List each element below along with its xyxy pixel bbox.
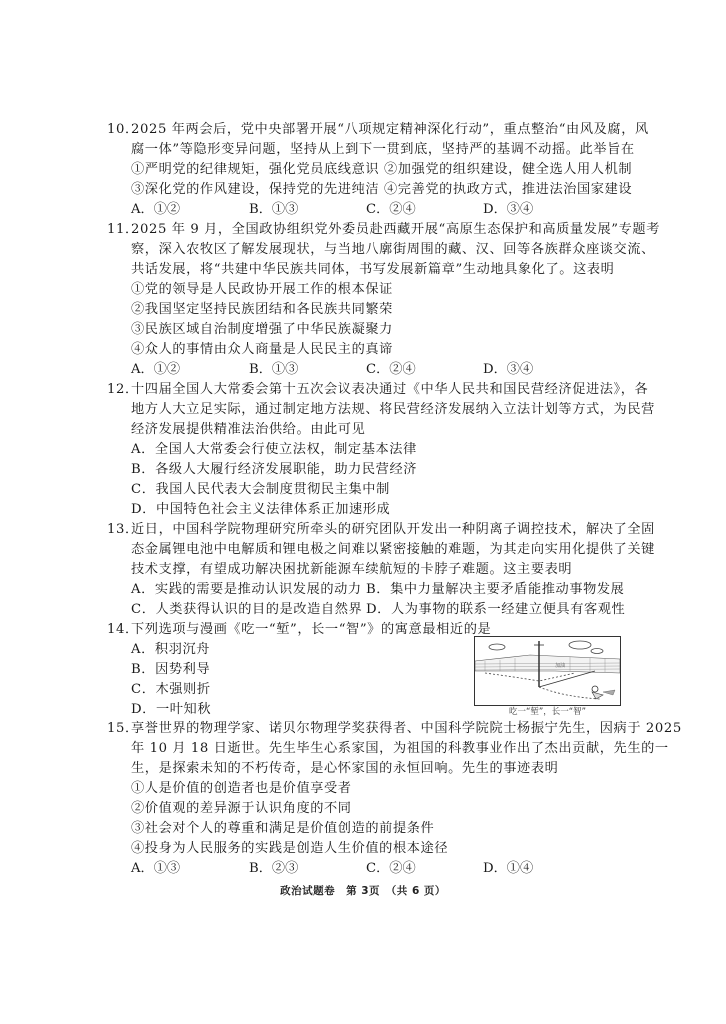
statement-3: ③民族区域自治制度增强了中华民族凝聚力 — [131, 321, 393, 339]
exam-page: 10． 2025 年两会后，党中央部署开展“八项规定精神深化行动”，重点整治“由… — [0, 0, 726, 1024]
option-b: B．集中力量解决主要矛盾能推动事物发展 — [366, 581, 624, 599]
cartoon-illustration-icon: 加油 — [475, 637, 620, 705]
statement-4: ④完善党的执政方式，推进法治国家建设 — [384, 181, 632, 199]
option-b: B．①③ — [249, 361, 298, 379]
question-stem-line: 态金属锂电池中电解质和锂电极之间难以紧密接触的难题，为其走向实用化提供了关键 — [131, 541, 655, 559]
option-a: A．积羽沉舟 — [131, 641, 210, 659]
svg-text:加油: 加油 — [555, 662, 565, 669]
option-a: A．全国人大常委会行使立法权，制定基本法律 — [131, 441, 417, 459]
option-b: B．因势利导 — [131, 661, 210, 679]
question-stem-line: 2025 年两会后，党中央部署开展“八项规定精神深化行动”，重点整治“由风及腐，… — [131, 121, 649, 139]
option-c: C．②④ — [366, 201, 416, 219]
option-b: B．各级人大履行经济发展职能，助力民营经济 — [131, 461, 417, 479]
statement-1: ①党的领导是人民政协开展工作的根本保证 — [131, 281, 393, 299]
option-c: C．②④ — [366, 860, 416, 878]
statement-4: ④众人的事情由众人商量是人民民主的真谛 — [131, 341, 393, 359]
question-stem-line: 十四届全国人大常委会第十五次会议表决通过《中华人民共和国民营经济促进法》，各 — [131, 381, 648, 399]
question-stem-line: 生，是探索未知的不朽传奇，是心怀家国的永恒回响。先生的事迹表明 — [131, 760, 558, 778]
option-a: A．①② — [131, 201, 180, 219]
option-c: C．②④ — [366, 361, 416, 379]
question-stem-line: 技术支撑，有望成功解决困扰新能源车续航短的卡脖子难题。这主要表明 — [131, 561, 572, 579]
option-b: B．②③ — [249, 860, 298, 878]
option-a: A．①② — [131, 361, 180, 379]
page-footer: 政治试题卷 第 3页 （共 6 页） — [0, 883, 726, 898]
question-stem-line: 下列选项与漫画《吃一“堑”，长一“智”》的寓意最相近的是 — [131, 621, 491, 639]
question-stem-line: 近日，中国科学院物理研究所牵头的研究团队开发出一种阴离子调控技术，解决了全固 — [131, 521, 655, 539]
option-d: D．③④ — [483, 361, 533, 379]
question-stem-line: 腐一体”等隐形变异问题，坚持从上到下一贯到底，坚持严的基调不动摇。此举旨在 — [131, 141, 635, 159]
statement-2: ②加强党的组织建设，健全选人用人机制 — [384, 161, 632, 179]
option-d: D．①④ — [483, 860, 533, 878]
question-stem-line: 经济发展提供精准法治供给。由此可见 — [131, 421, 365, 439]
option-b: B．①③ — [249, 201, 298, 219]
statement-1: ①人是价值的创造者也是价值享受者 — [131, 780, 352, 798]
option-c: C．人类获得认识的目的是改造自然界 — [131, 601, 362, 619]
statement-3: ③深化党的作风建设，保持党的先进纯洁 — [131, 181, 379, 199]
cartoon-figure: 加油 — [474, 636, 621, 706]
question-stem-line: 年 10 月 18 日逝世。先生毕生心系家国，为祖国的科教事业作出了杰出贡献，先… — [131, 740, 669, 758]
question-stem-line: 察，深入农牧区了解发展现状，与当地八廓街周围的藏、汉、回等各族群众座谈交流、 — [131, 241, 655, 259]
option-d: D．人为事物的联系一经建立便具有客观性 — [366, 601, 625, 619]
statement-3: ③社会对个人的尊重和满足是价值创造的前提条件 — [131, 820, 434, 838]
option-d: D．一叶知秋 — [131, 701, 211, 719]
question-stem-line: 享誉世界的物理学家、诺贝尔物理学奖获得者、中国科学院院士杨振宁先生，因病于 20… — [131, 720, 682, 738]
statement-2: ②价值观的差异源于认识角度的不同 — [131, 800, 352, 818]
question-stem-line: 共话发展，将“共建中华民族共同体，书写发展新篇章”生动地具象化了。这表明 — [131, 261, 614, 279]
option-c: C．我国人民代表大会制度贯彻民主集中制 — [131, 481, 390, 499]
figure-caption: 吃一“堑”，长一“智” — [474, 706, 621, 718]
statement-1: ①严明党的纪律规矩，强化党员底线意识 — [131, 161, 379, 179]
statement-4: ④投身为人民服务的实践是创造人生价值的根本途径 — [131, 840, 448, 858]
question-stem-line: 2025 年 9 月，全国政协组织党外委员赴西藏开展“高原生态保护和高质量发展”… — [131, 221, 660, 239]
option-d: D．③④ — [483, 201, 533, 219]
option-c: C．木强则折 — [131, 681, 211, 699]
option-a: A．①③ — [131, 860, 180, 878]
statement-2: ②我国坚定坚持民族团结和各民族共同繁荣 — [131, 301, 393, 319]
option-d: D．中国特色社会主义法律体系正加速形成 — [131, 501, 390, 519]
question-stem-line: 地方人大立足实际，通过制定地方法规、将民营经济发展纳入立法计划等方式，为民营 — [131, 401, 655, 419]
option-a: A．实践的需要是推动认识发展的动力 — [131, 581, 362, 599]
